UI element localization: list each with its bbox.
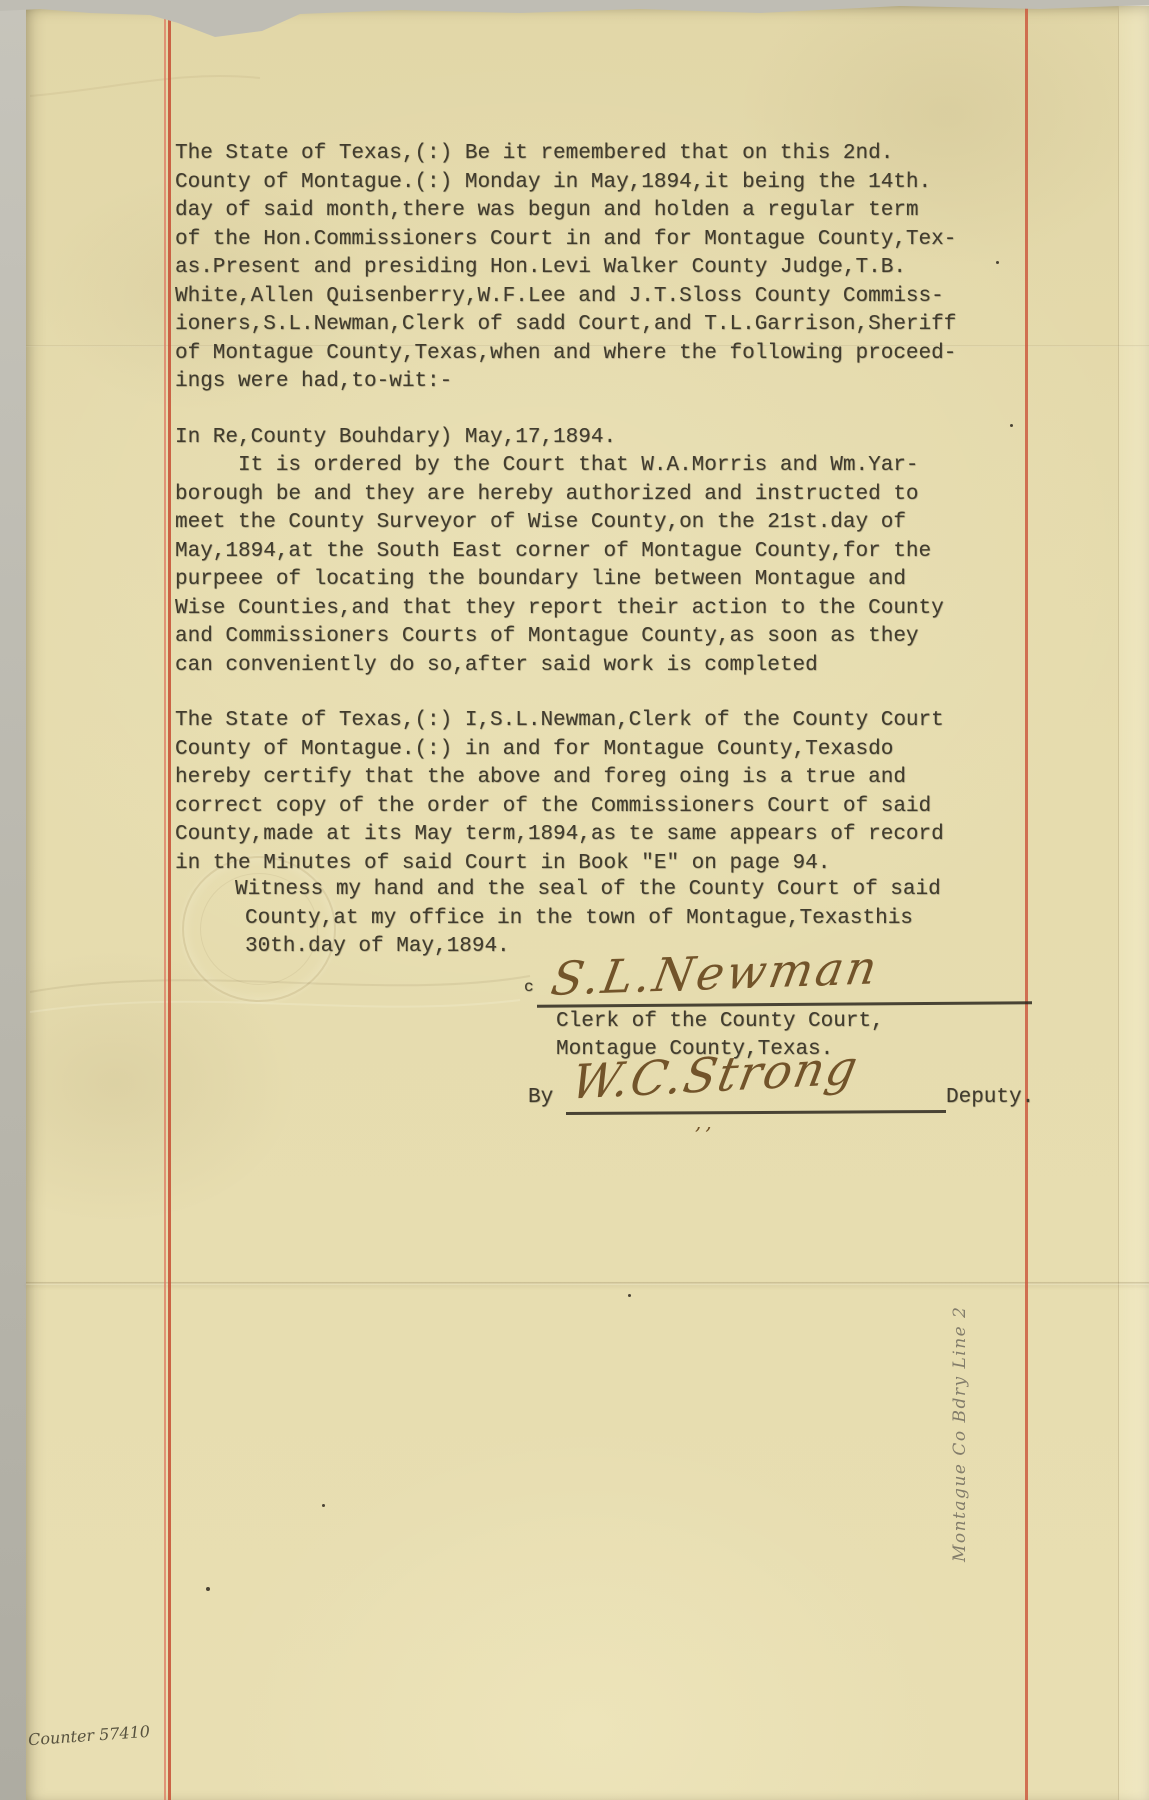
text-line: as.Present and presiding Hon.Levi Walker… xyxy=(175,254,956,283)
text-line: ioners,S.L.Newman,Clerk of sadd Court,an… xyxy=(175,311,956,340)
certification-paragraph: The State of Texas,(:) I,S.L.Newman,Cler… xyxy=(175,707,944,878)
left-margin-rule-outer xyxy=(164,8,166,1800)
text-line: in the Minutes of said Court in Book "E"… xyxy=(175,850,944,879)
text-line: The State of Texas,(:) I,S.L.Newman,Cler… xyxy=(175,707,944,736)
stray-type-mark: c xyxy=(524,978,534,996)
ink-speck xyxy=(206,1587,210,1591)
ink-speck xyxy=(628,1294,631,1297)
text-line: ings were had,to-wit:- xyxy=(175,368,956,397)
order-paragraph: It is ordered by the Court that W.A.Morr… xyxy=(175,452,944,680)
left-margin-rule-inner xyxy=(168,8,171,1800)
right-margin-rule xyxy=(1025,8,1028,1800)
text-line: In Re,County Bouhdary) May,17,1894. xyxy=(175,424,616,453)
clerk-title-line: Clerk of the County Court, xyxy=(556,1010,884,1033)
ink-speck xyxy=(322,1504,325,1507)
text-line: Witness my hand and the seal of the Coun… xyxy=(175,876,941,905)
text-line: County of Montague.(:) in and for Montag… xyxy=(175,736,944,765)
case-caption-line: In Re,County Bouhdary) May,17,1894. xyxy=(175,424,616,453)
text-line: purpeee of locating the boundary line be… xyxy=(175,566,944,595)
boundary-file-note: Montague Co Bdry Line 2 xyxy=(950,1232,970,1562)
text-line: It is ordered by the Court that W.A.Morr… xyxy=(175,452,944,481)
ink-speck xyxy=(996,261,999,264)
text-line: Wise Counties,and that they report their… xyxy=(175,595,944,624)
text-line: County,made at its May term,1894,as te s… xyxy=(175,821,944,850)
text-line: borough be and they are hereby authorize… xyxy=(175,481,944,510)
text-line: of the Hon.Commissioners Court in and fo… xyxy=(175,226,956,255)
opening-paragraph: The State of Texas,(:) Be it remembered … xyxy=(175,140,956,397)
text-line: of Montague County,Texas,when and where … xyxy=(175,340,956,369)
text-line: meet the County Surveyor of Wise County,… xyxy=(175,509,944,538)
ink-speck xyxy=(1010,424,1013,427)
ditto-marks: ,, xyxy=(695,1110,716,1134)
text-line: and Commissioners Courts of Montague Cou… xyxy=(175,623,944,652)
text-line: can conveniently do so,after said work i… xyxy=(175,652,944,681)
torn-top-edge xyxy=(0,0,1149,44)
deputy-label: Deputy. xyxy=(946,1086,1034,1109)
text-line: hereby certify that the above and foreg … xyxy=(175,764,944,793)
by-label: By xyxy=(528,1086,553,1109)
text-line: correct copy of the order of the Commiss… xyxy=(175,793,944,822)
text-line: White,Allen Quisenberry,W.F.Lee and J.T.… xyxy=(175,283,956,312)
text-line: May,1894,at the South East corner of Mon… xyxy=(175,538,944,567)
text-line: day of said month,there was begun and ho… xyxy=(175,197,956,226)
text-line: County of Montague.(:) Monday in May,189… xyxy=(175,169,956,198)
text-line: The State of Texas,(:) Be it remembered … xyxy=(175,140,956,169)
text-line: County,at my office in the town of Monta… xyxy=(175,905,941,934)
